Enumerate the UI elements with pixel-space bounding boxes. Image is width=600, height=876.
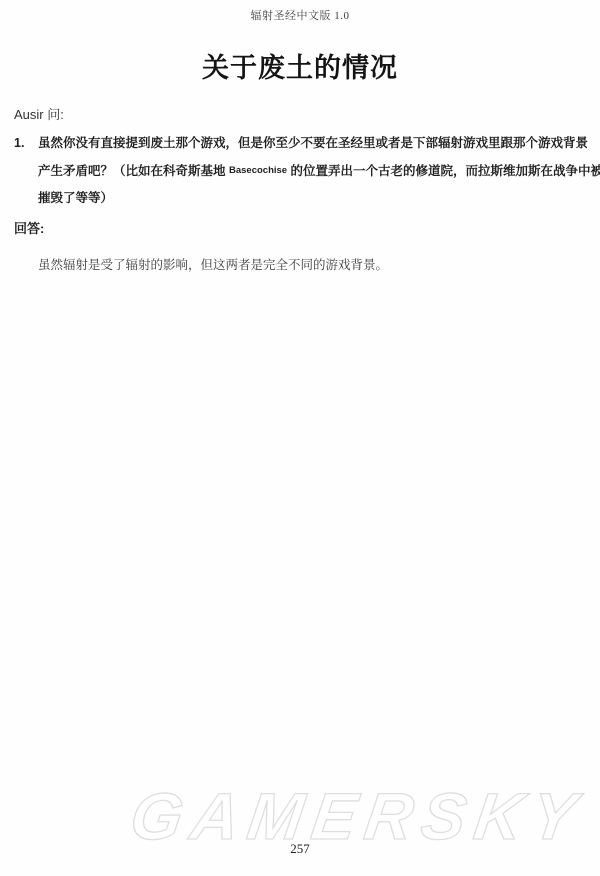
document-header: 辐射圣经中文版 1.0 xyxy=(0,7,600,23)
page-title: 关于废土的情况 xyxy=(0,46,600,85)
question-line2-annotation: Basecochise xyxy=(229,165,287,176)
question-list-item: 1. 虽然你没有直接提到废土那个游戏，但是你至少不要在圣经里或者是下部辐射游戏里… xyxy=(14,130,589,212)
question-text-line-2: 产生矛盾吧？（比如在科奇斯基地 Basecochise 的位置弄出一个古老的修道… xyxy=(38,157,589,185)
page-number: 257 xyxy=(0,841,600,857)
answer-label: 回答: xyxy=(14,218,44,237)
question-author-label: Ausir 问: xyxy=(14,104,64,123)
question-line2-before: 产生矛盾吧？（比如在科奇斯基地 xyxy=(38,164,229,178)
question-line2-after: 的位置弄出一个古老的修道院，而拉斯维加斯在战争中被 xyxy=(287,164,600,178)
question-text-line-1: 虽然你没有直接提到废土那个游戏，但是你至少不要在圣经里或者是下部辐射游戏里跟那个… xyxy=(38,130,589,157)
question-text-line-3: 摧毁了等等） xyxy=(38,185,589,212)
answer-text: 虽然辐射是受了辐射的影响，但这两者是完全不同的游戏背景。 xyxy=(38,255,388,273)
document-page: 辐射圣经中文版 1.0 关于废土的情况 Ausir 问: 1. 虽然你没有直接提… xyxy=(0,0,600,876)
question-text: 虽然你没有直接提到废土那个游戏，但是你至少不要在圣经里或者是下部辐射游戏里跟那个… xyxy=(38,130,589,212)
list-item-number: 1. xyxy=(14,130,24,157)
